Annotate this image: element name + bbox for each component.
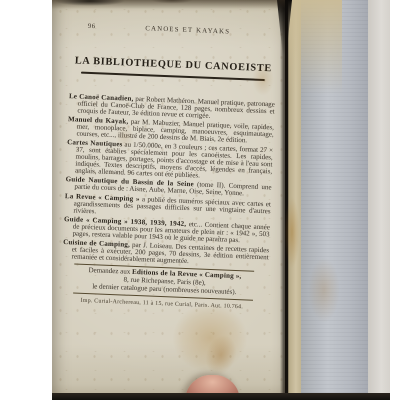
entry-text: au 1/50.000e, en 3 couleurs ; ces cartes… <box>75 141 273 180</box>
running-title: CANOES ET KAYAKS <box>100 23 276 37</box>
section-title-block: LA BIBLIOTHEQUE DU CANOEISTE <box>64 50 277 81</box>
bibliography-list: Le Canoë Canadien, par Robert Mathéron. … <box>62 93 275 268</box>
book-photo: 96 CANOES ET KAYAKS LA BIBLIOTHEQUE DU C… <box>52 0 390 400</box>
stain <box>112 120 138 154</box>
publisher-note-text: Demandez aux <box>88 266 132 276</box>
stain <box>302 245 346 335</box>
page-number: 96 <box>88 23 96 30</box>
section-title: LA BIBLIOTHEQUE DU CANOEISTE <box>75 55 273 74</box>
stain <box>282 185 302 280</box>
page-top-edge-shadow <box>52 0 285 9</box>
page-header: 96 CANOES ET KAYAKS <box>66 22 278 40</box>
book-cover-edge <box>368 0 390 400</box>
table-edge <box>52 393 390 400</box>
next-page-edge-top <box>288 0 342 95</box>
stain <box>248 56 278 102</box>
page-content: 96 CANOES ET KAYAKS LA BIBLIOTHEQUE DU C… <box>55 22 278 311</box>
